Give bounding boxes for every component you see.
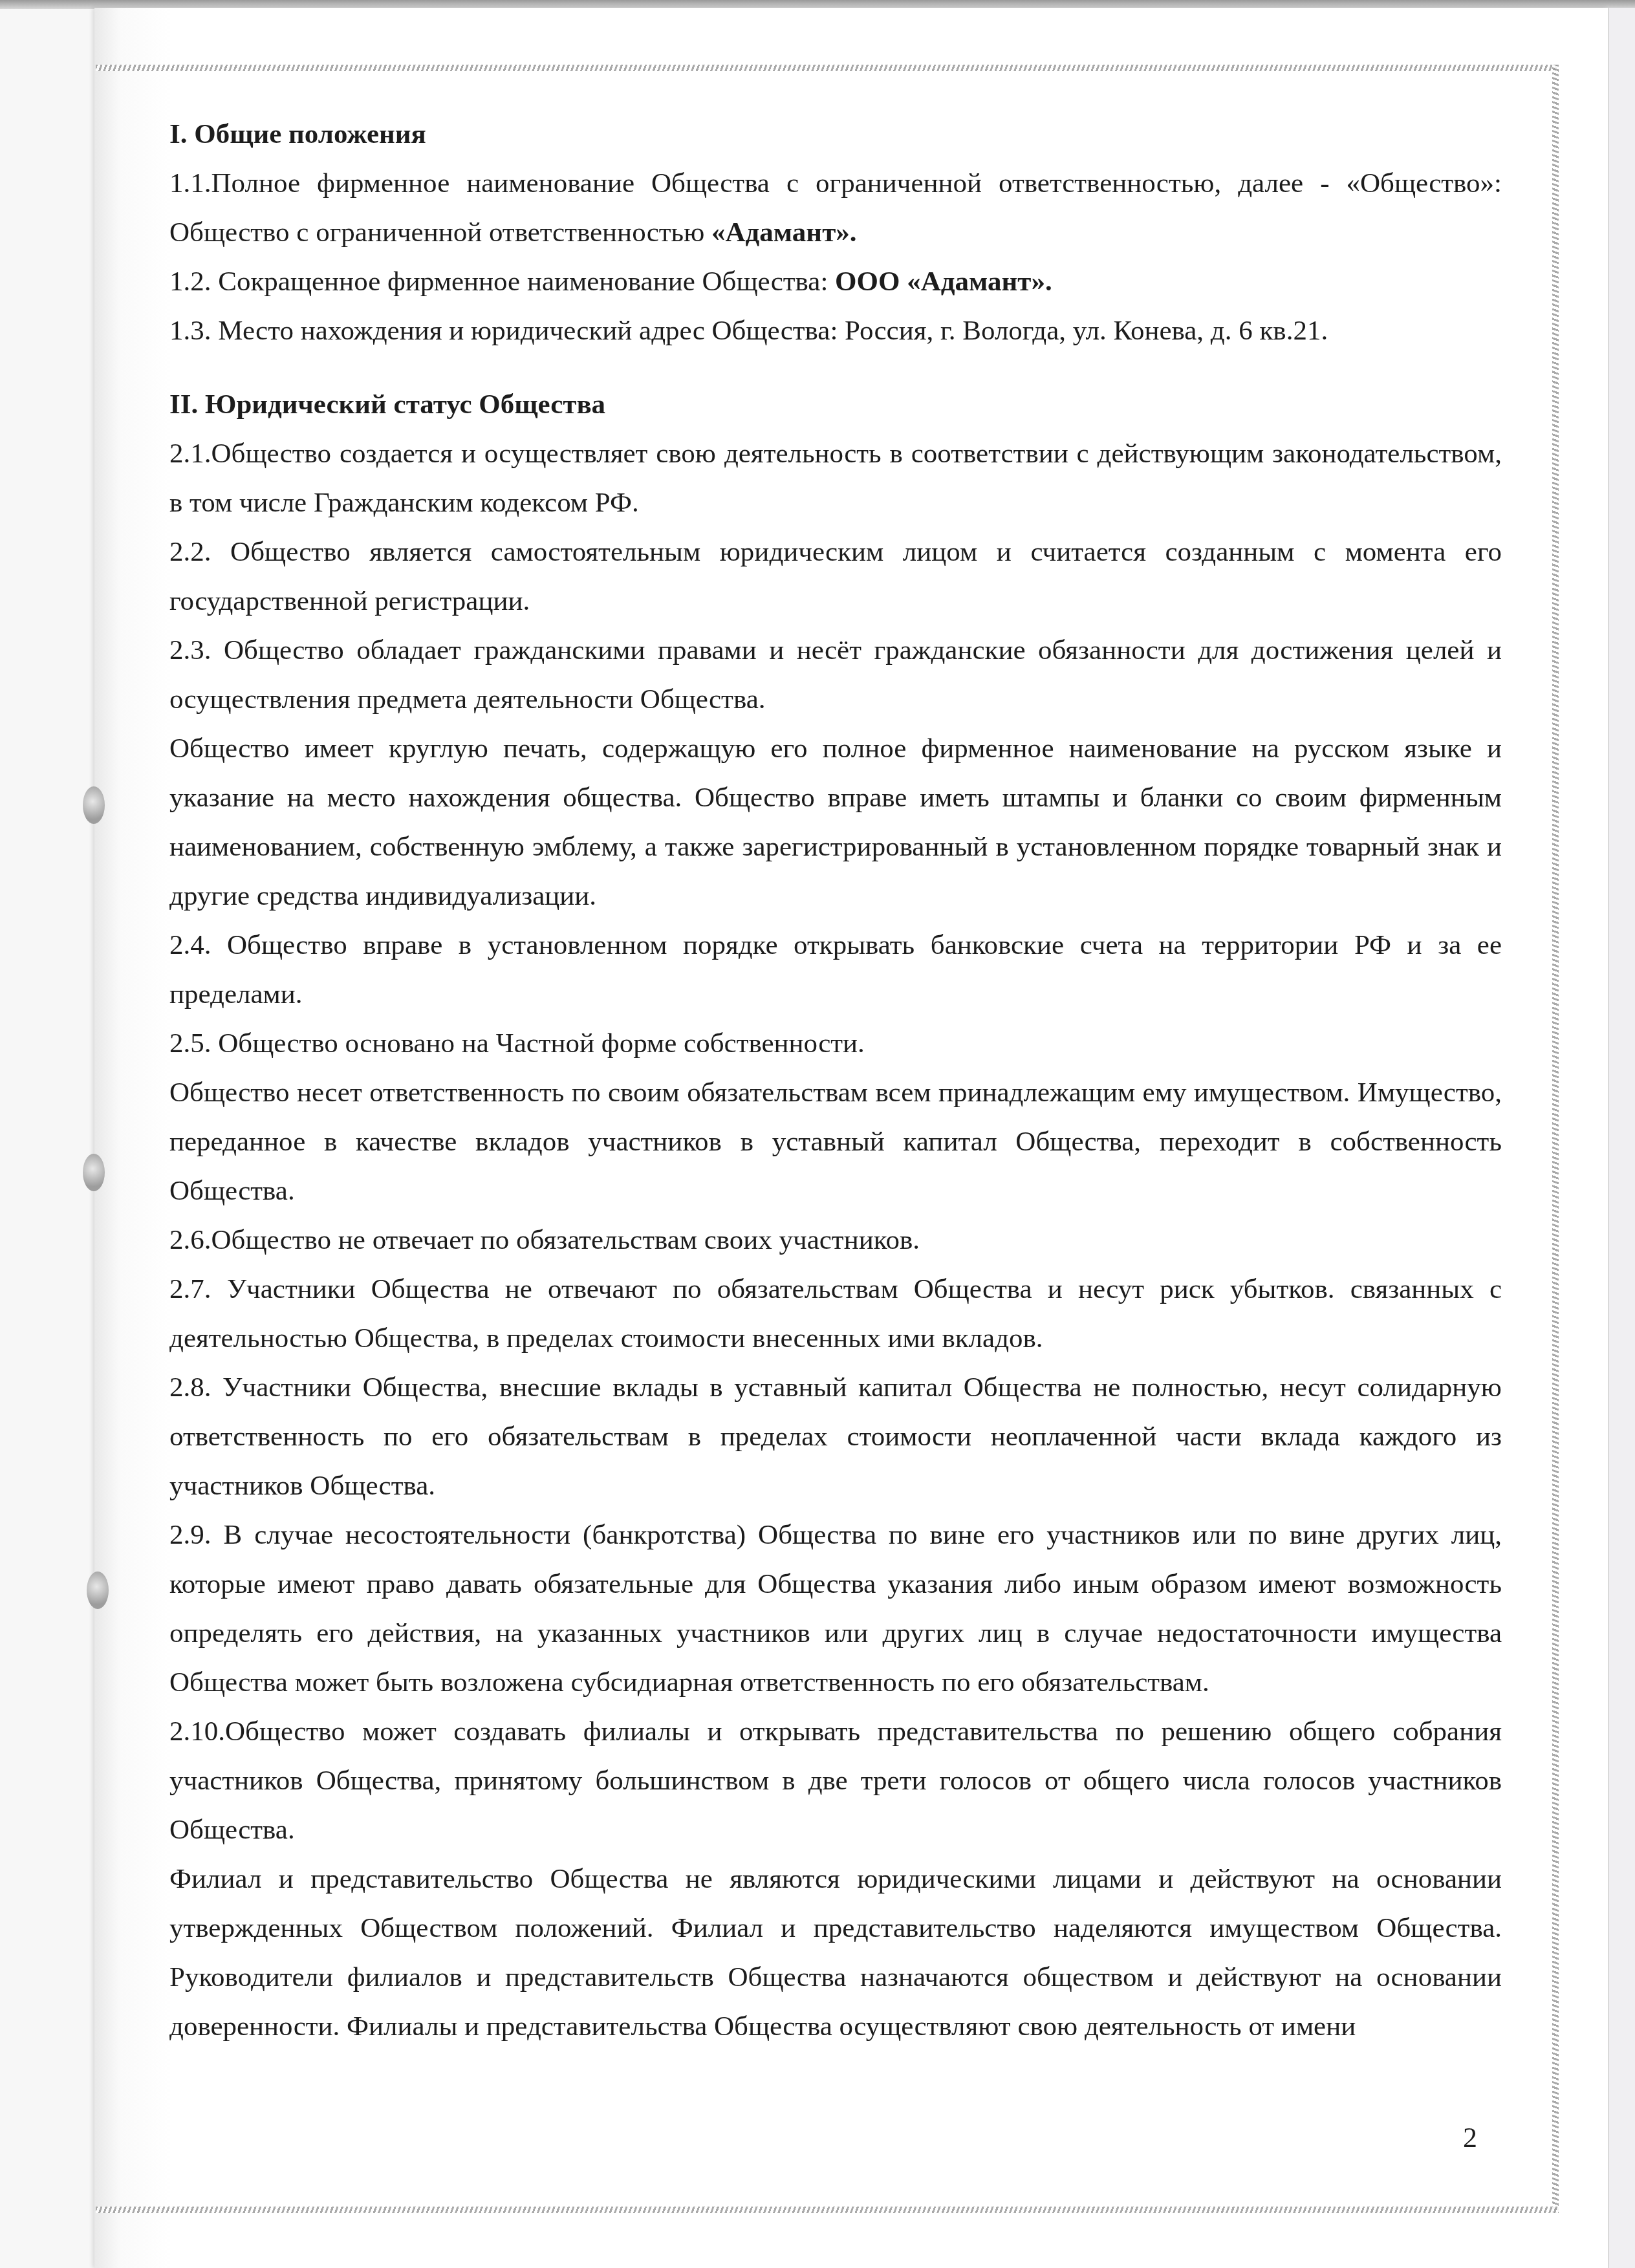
frame-border-right — [1552, 65, 1559, 2213]
company-short-name: ООО «Адамант». — [835, 266, 1052, 297]
clause-2-5: 2.5. Общество основано на Частной форме … — [169, 1019, 1502, 1068]
clause-2-9: 2.9. В случае несостоятельности (банкрот… — [169, 1511, 1502, 1707]
punch-hole — [87, 1571, 109, 1609]
frame-border-bottom — [96, 2207, 1559, 2213]
clause-1-3: 1.3. Место нахождения и юридический адре… — [169, 307, 1502, 356]
clause-2-3: 2.3. Общество обладает гражданскими прав… — [169, 626, 1502, 724]
section-heading: I. Общие положения — [169, 110, 1502, 159]
company-name: «Адамант». — [711, 217, 856, 248]
paragraph-seal: Общество имеет круглую печать, содержащу… — [169, 724, 1502, 921]
clause-2-10: 2.10.Общество может создавать филиалы и … — [169, 1707, 1502, 1855]
page-edge — [1608, 8, 1635, 2268]
punch-hole — [83, 786, 105, 824]
paragraph-branches: Филиал и представительство Общества не я… — [169, 1855, 1502, 2051]
clause-1-2: 1.2. Сокращенное фирменное наименование … — [169, 257, 1502, 307]
page-number: 2 — [1463, 2121, 1477, 2154]
clause-2-4: 2.4. Общество вправе в установленном пор… — [169, 921, 1502, 1019]
clause-2-8: 2.8. Участники Общества, внесшие вклады … — [169, 1363, 1502, 1511]
punch-hole — [83, 1154, 105, 1191]
clause-2-1: 2.1.Общество создается и осуществляет св… — [169, 429, 1502, 528]
underlying-page — [0, 9, 94, 2268]
clause-2-7: 2.7. Участники Общества не отвечают по о… — [169, 1265, 1502, 1363]
clause-2-6: 2.6.Общество не отвечает по обязательств… — [169, 1216, 1502, 1265]
clause-2-2: 2.2. Общество является самостоятельным ю… — [169, 528, 1502, 626]
clause-1-1: 1.1.Полное фирменное наименование Общест… — [169, 159, 1502, 257]
frame-border-top — [96, 65, 1559, 71]
paragraph-liability: Общество несет ответственность по своим … — [169, 1068, 1502, 1216]
section-heading: II. Юридический статус Общества — [169, 380, 1502, 429]
document-body: I. Общие положения 1.1.Полное фирменное … — [169, 110, 1502, 2051]
